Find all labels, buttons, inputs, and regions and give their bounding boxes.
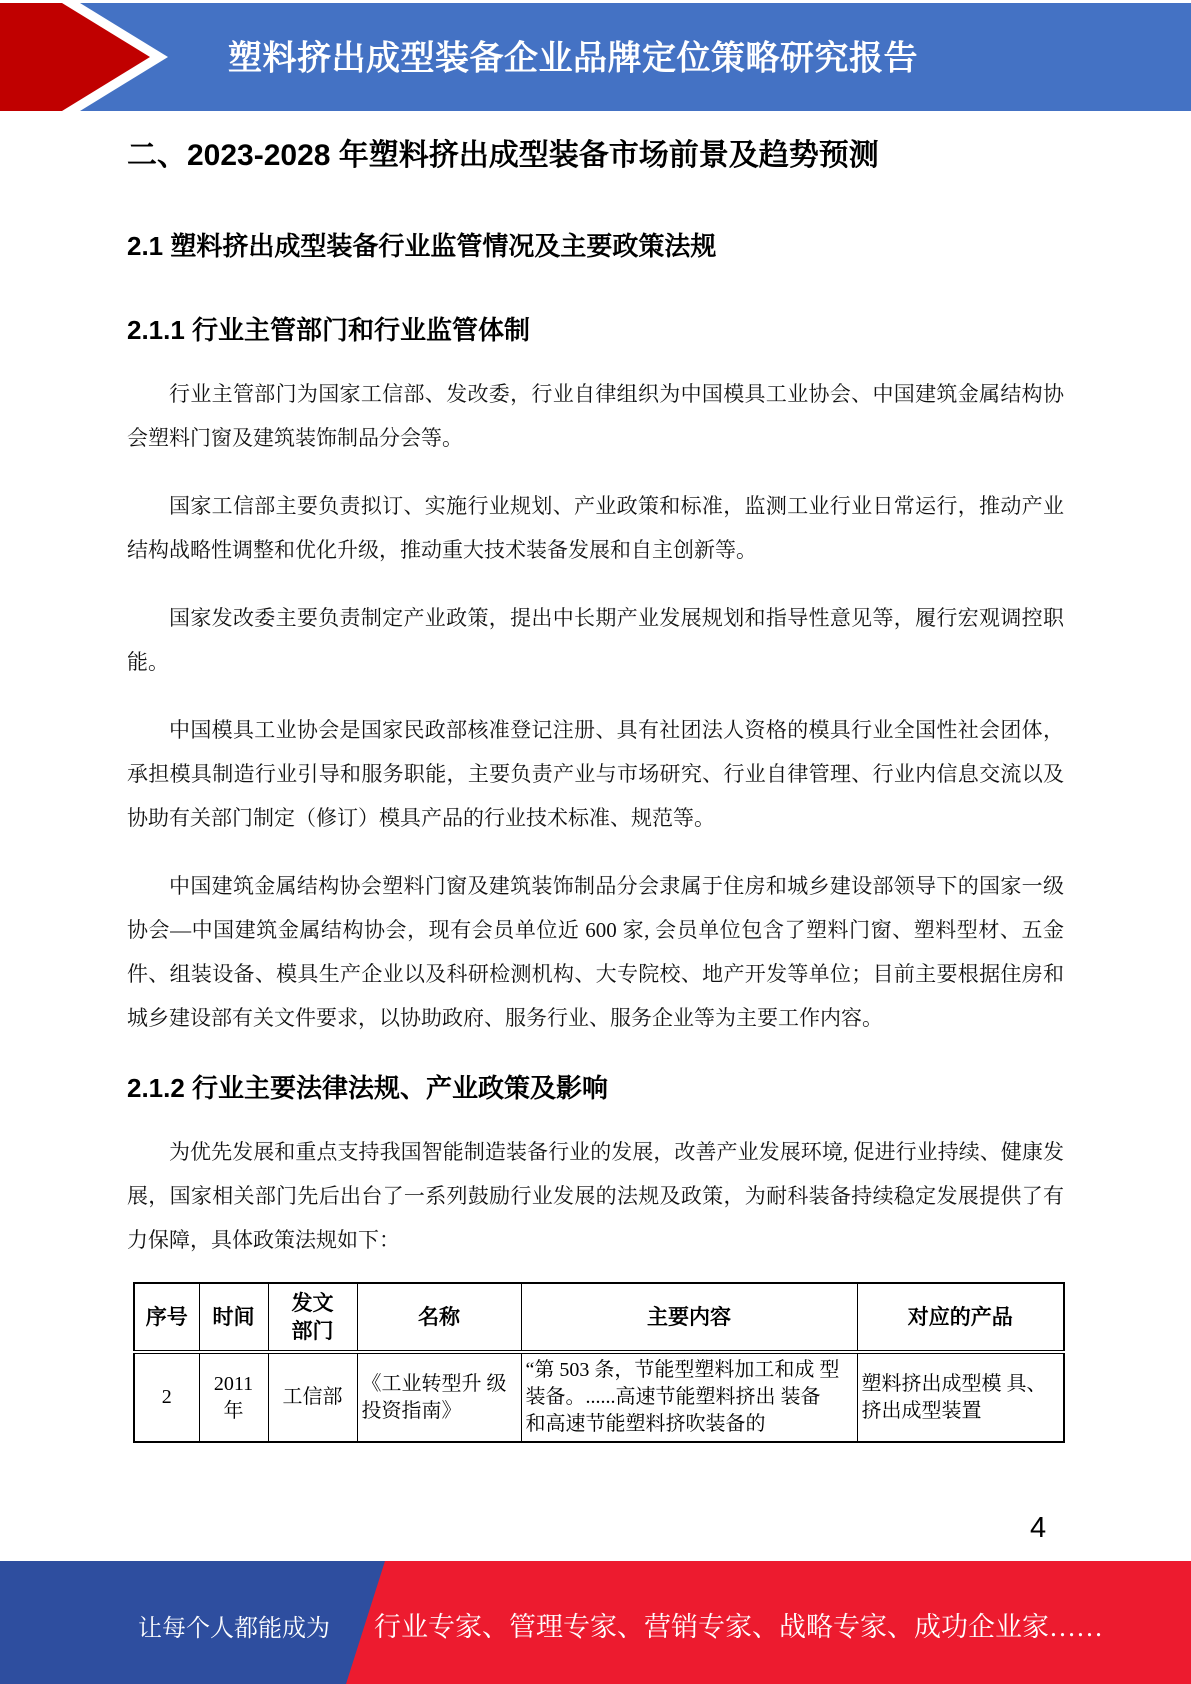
footer-slogan-left: 让每个人都能成为: [138, 1608, 330, 1643]
subsection-heading-2-1-2: 2.1.2 行业主要法律法规、产业政策及影响: [127, 1070, 1064, 1106]
cell-seq: 2: [134, 1352, 199, 1442]
cell-product: 塑料挤出成型模 具、 挤出成型装置: [857, 1352, 1064, 1442]
table-row: 2 2011 年 工信部 《工业转型升 级 投资指南》 “第 503 条，节能型…: [134, 1352, 1064, 1442]
paragraph-3: 国家发改委主要负责制定产业政策，提出中长期产业发展规划和指导性意见等，履行宏观调…: [127, 596, 1064, 684]
cell-time: 2011 年: [199, 1352, 268, 1442]
cell-content: “第 503 条，节能型塑料加工和成 型 装备。......高速节能塑料挤出 装…: [521, 1352, 857, 1442]
red-chevron-arrow-icon: [0, 3, 175, 111]
report-title: 塑料挤出成型装备企业品牌定位策略研究报告: [228, 31, 918, 80]
footer-slogan-right: 行业专家、管理专家、营销专家、战略专家、成功企业家……: [374, 1605, 1103, 1644]
policy-table: 序号 时间 发文 部门 名称 主要内容 对应的产品 2 2011 年 工信部 《…: [133, 1282, 1065, 1443]
paragraph-2: 国家工信部主要负责拟订、实施行业规划、产业政策和标准，监测工业行业日常运行，推动…: [127, 484, 1064, 572]
page-number: 4: [1030, 1512, 1046, 1545]
col-header-content: 主要内容: [521, 1283, 857, 1352]
paragraph-5: 中国建筑金属结构协会塑料门窗及建筑装饰制品分会隶属于住房和城乡建设部领导下的国家…: [127, 864, 1064, 1040]
policy-table-header-row: 序号 时间 发文 部门 名称 主要内容 对应的产品: [134, 1283, 1064, 1352]
paragraph-6: 为优先发展和重点支持我国智能制造装备行业的发展，改善产业发展环境, 促进行业持续…: [127, 1130, 1064, 1262]
col-header-product: 对应的产品: [857, 1283, 1064, 1352]
document-body: 二、2023-2028 年塑料挤出成型装备市场前景及趋势预测 2.1 塑料挤出成…: [127, 110, 1064, 1443]
report-page: 塑料挤出成型装备企业品牌定位策略研究报告 二、2023-2028 年塑料挤出成型…: [0, 0, 1191, 1684]
cell-name: 《工业转型升 级 投资指南》: [357, 1352, 521, 1442]
footer-bar: 让每个人都能成为 行业专家、管理专家、营销专家、战略专家、成功企业家……: [0, 1561, 1191, 1684]
section-heading-2: 二、2023-2028 年塑料挤出成型装备市场前景及趋势预测: [127, 136, 1064, 176]
subsection-heading-2-1: 2.1 塑料挤出成型装备行业监管情况及主要政策法规: [127, 228, 1064, 264]
col-header-time: 时间: [199, 1283, 268, 1352]
paragraph-1: 行业主管部门为国家工信部、发改委，行业自律组织为中国模具工业协会、中国建筑金属结…: [127, 372, 1064, 460]
col-header-dept: 发文 部门: [268, 1283, 357, 1352]
subsection-heading-2-1-1: 2.1.1 行业主管部门和行业监管体制: [127, 312, 1064, 348]
paragraph-4: 中国模具工业协会是国家民政部核准登记注册、具有社团法人资格的模具行业全国性社会团…: [127, 708, 1064, 840]
header-bar: 塑料挤出成型装备企业品牌定位策略研究报告: [0, 3, 1191, 111]
col-header-name: 名称: [357, 1283, 521, 1352]
cell-dept: 工信部: [268, 1352, 357, 1442]
col-header-seq: 序号: [134, 1283, 199, 1352]
